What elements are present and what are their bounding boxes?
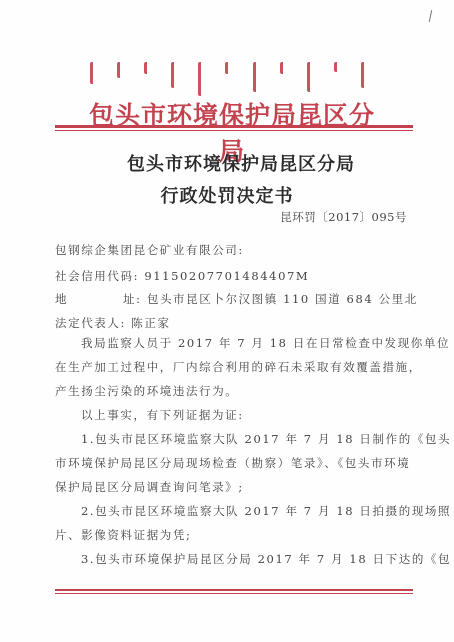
letterhead-rule-thick: [55, 125, 413, 128]
evidence-1-line1: 1.包头市昆区环境监察大队 2017 年 7 月 18 日制作的《包头: [81, 431, 451, 447]
para1-line2: 在生产加工过程中，厂内综合利用的碎石未采取有效覆盖措施，: [55, 359, 422, 375]
evidence-2-line2: 片、影像资料证据为凭;: [55, 527, 191, 543]
footer-rule-thin: [55, 593, 413, 594]
mongolian-script-header: [90, 62, 370, 100]
mongolian-glyph: [90, 62, 99, 84]
mongolian-glyph: [334, 62, 343, 72]
credit-code-value: 91150207701484407M: [144, 269, 309, 283]
evidence-3-line1: 3.包头市环境保护局昆区分局 2017 年 7 月 18 日下达的《包: [81, 551, 451, 567]
legal-rep-row: 法定代表人: 陈正家: [55, 315, 171, 331]
mongolian-glyph: [198, 62, 207, 96]
document-number: 昆环罚〔2017〕095号: [280, 209, 407, 225]
document-title-line1: 包头市环境保护局昆区分局: [14, 150, 454, 176]
mongolian-glyph: [253, 62, 262, 92]
recipient-company: 包钢综企集团昆仑矿业有限公司:: [55, 242, 244, 258]
mongolian-glyph: [144, 62, 153, 74]
legal-rep-label: 法定代表人:: [55, 316, 126, 330]
document-title-line2: 行政处罚决定书: [0, 182, 454, 208]
credit-code-row: 社会信用代码: 91150207701484407M: [55, 268, 309, 284]
evidence-1-line3: 保护局昆区分局调查询问笔录》;: [55, 479, 244, 495]
address-value: 包头市昆区卜尔汉图镇 110 国道 684 公里北: [147, 292, 418, 306]
address-label-right: 址:: [123, 292, 142, 306]
mongolian-glyph: [307, 62, 316, 92]
para2: 以上事实，有下列证据为证:: [81, 407, 244, 423]
evidence-1-line2: 市环境保护局昆区分局现场检查（勘察）笔录》、《包头市环境: [55, 455, 410, 471]
pen-mark: [429, 10, 432, 22]
para1-line1: 我局监察人员于 2017 年 7 月 18 日在日常检查中发现你单位: [81, 335, 450, 351]
para1-line3: 产生扬尘污染的环境违法行为。: [55, 383, 238, 399]
address-label-left: 地: [55, 291, 123, 307]
footer-rule-thick: [55, 589, 413, 591]
legal-rep-value: 陈正家: [131, 316, 170, 330]
credit-code-label: 社会信用代码:: [55, 269, 139, 283]
mongolian-glyph: [361, 62, 370, 88]
mongolian-glyph: [171, 62, 180, 88]
mongolian-glyph: [280, 62, 289, 74]
address-row: 地址: 包头市昆区卜尔汉图镇 110 国道 684 公里北: [55, 291, 418, 307]
letterhead-rule-thin: [55, 130, 413, 131]
evidence-2-line1: 2.包头市昆区环境监察大队 2017 年 7 月 18 日拍摄的现场照: [81, 503, 451, 519]
document-page: 包头市环境保护局昆区分局 包头市环境保护局昆区分局 行政处罚决定书 昆环罚〔20…: [0, 0, 454, 642]
mongolian-glyph: [225, 62, 234, 74]
mongolian-glyph: [117, 62, 126, 78]
